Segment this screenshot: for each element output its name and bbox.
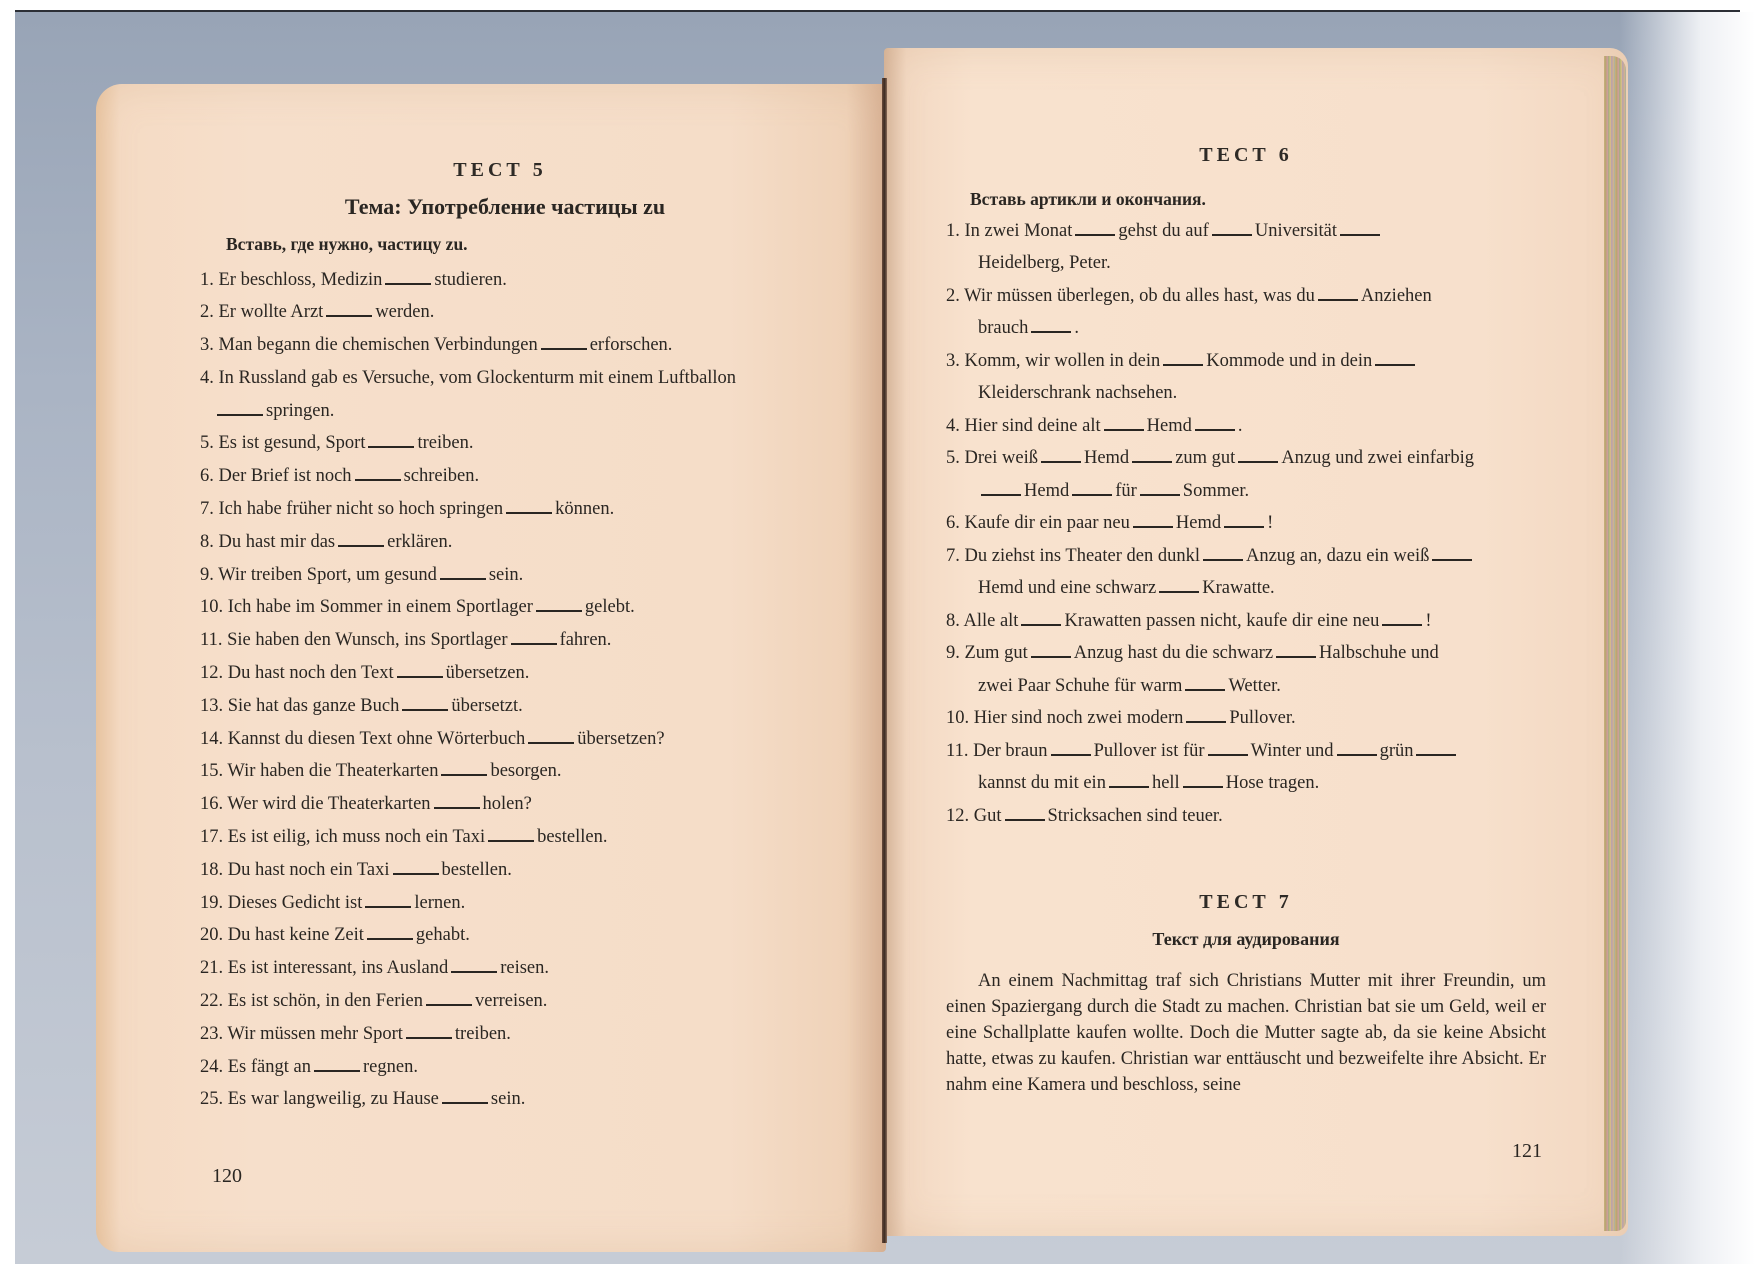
exercise-number: 1. [200,264,214,297]
exercise-continuation: zwei Paar Schuhe für warmWetter. [946,670,1546,703]
exercise-item: 5. Es ist gesund, Sporttreiben. [200,427,760,460]
exercise-item: 9. Zum gutAnzug hast du die schwarzHalbs… [946,637,1546,702]
answer-blank[interactable] [314,1056,360,1072]
exercise-item: 14. Kannst du diesen Text ohne Wörterbuc… [200,723,760,756]
text-segment: können. [555,499,614,519]
text-segment: . [1074,318,1079,338]
text-segment: Ich habe früher nicht so hoch springen [219,499,504,519]
text-segment: Es ist gesund, Sport [219,433,366,453]
page-number-left: 120 [212,1165,242,1188]
exercise-number: 12. [200,657,223,690]
answer-blank[interactable] [1051,740,1091,756]
answer-blank[interactable] [1031,317,1071,333]
exercise-number: 7. [200,493,214,526]
answer-blank[interactable] [442,1088,488,1104]
exercise-item: 2. Wir müssen überlegen, ob du alles has… [946,280,1546,345]
text-segment: Er beschloss, Medizin [219,270,383,290]
text-segment: Winter und [1251,741,1334,761]
test6-section: ТЕСТ 6 Вставь артикли и окончания. 1. In… [946,145,1546,832]
test5-instruction: Вставь, где нужно, частицу zu. [226,236,760,254]
text-segment: übersetzt. [451,696,522,716]
text-segment: holen? [483,794,532,814]
exercise-number: 14. [200,723,223,756]
text-segment: treiben. [455,1024,511,1044]
text-segment: Anzug an, dazu ein weiß [1246,546,1429,566]
text-segment: Ich habe im Sommer in einem Sportlager [228,597,533,617]
text-segment: Es ist interessant, ins Ausland [228,958,448,978]
exercise-item: 13. Sie hat das ganze Buchübersetzt. [200,690,760,723]
exercise-number: 10. [946,702,969,735]
page-edges [1604,56,1626,1231]
text-segment: Kaufe dir ein paar neu [965,513,1130,533]
exercise-item: 7. Du ziehst ins Theater den dunklAnzug … [946,540,1546,605]
text-segment: Wir müssen mehr Sport [227,1024,403,1044]
exercise-item: 16. Wer wird die Theaterkartenholen? [200,788,760,821]
text-segment: verreisen. [475,991,547,1011]
answer-blank[interactable] [1185,675,1225,691]
text-segment: Anziehen [1361,286,1432,306]
exercise-item: 2. Er wollte Arztwerden. [200,296,760,329]
text-segment: gehabt. [416,925,470,945]
text-segment: gelebt. [585,597,635,617]
exercise-number: 4. [200,362,214,395]
text-segment: Pullover. [1229,708,1295,728]
exercise-number: 7. [946,540,960,573]
exercise-number: 18. [200,854,223,887]
text-segment: Hemd [1024,481,1069,501]
text-segment: Hemd und eine schwarz [978,578,1156,598]
answer-blank[interactable] [488,826,534,842]
answer-blank[interactable] [393,859,439,875]
answer-blank[interactable] [1416,740,1456,756]
text-segment: Halbschuhe und [1319,643,1439,663]
exercise-continuation: Hemd und eine schwarzKrawatte. [946,572,1546,605]
exercise-number: 9. [946,637,960,670]
exercise-number: 11. [200,624,222,657]
text-segment: Drei weiß [965,448,1038,468]
exercise-item: 11. Sie haben den Wunsch, ins Sportlager… [200,624,760,657]
answer-blank[interactable] [1163,350,1203,366]
text-segment: Es war langweilig, zu Hause [228,1089,439,1109]
text-segment: Du hast noch den Text [228,663,394,683]
text-segment: Krawatten passen nicht, kaufe dir eine n… [1064,611,1379,631]
answer-blank[interactable] [367,924,413,940]
text-segment: Pullover ist für [1094,741,1205,761]
exercise-item: 20. Du hast keine Zeitgehabt. [200,919,760,952]
test5-title: ТЕСТ 5 [240,160,760,180]
exercise-number: 24. [200,1051,223,1084]
text-segment: reisen. [500,958,549,978]
text-segment: Alle alt [963,611,1018,631]
answer-blank[interactable] [441,760,487,776]
text-segment: studieren. [434,270,506,290]
exercise-item: 12. Du hast noch den Textübersetzen. [200,657,760,690]
answer-blank[interactable] [1208,740,1248,756]
exercise-item: 24. Es fängt anregnen. [200,1051,760,1084]
exercise-number: 4. [946,410,960,443]
text-segment: Du ziehst ins Theater den dunkl [965,546,1200,566]
answer-blank[interactable] [511,629,557,645]
text-segment: Stricksachen sind teuer. [1048,806,1223,826]
exercise-number: 19. [200,887,223,920]
exercise-number: 8. [946,605,960,638]
text-segment: erklären. [387,532,452,552]
text-segment: Universität [1255,221,1337,241]
text-segment: Hose tragen. [1226,773,1320,793]
answer-blank[interactable] [1005,805,1045,821]
text-segment: Zum gut [965,643,1028,663]
text-segment: Hier sind deine alt [965,416,1101,436]
text-segment: gehst du auf [1118,221,1208,241]
text-segment: fahren. [560,630,612,650]
exercise-number: 6. [946,507,960,540]
answer-blank[interactable] [434,793,480,809]
exercise-number: 5. [946,442,960,475]
text-segment: Anzug hast du die schwarz [1074,643,1273,663]
exercise-continuation: Kleiderschrank nachsehen. [946,377,1546,410]
exercise-number: 15. [200,755,223,788]
test6-instruction: Вставь артикли и окончания. [970,191,1546,209]
text-segment: übersetzen? [577,729,664,749]
answer-blank[interactable] [981,480,1021,496]
exercise-number: 3. [946,345,960,378]
scanner-background-light [1620,12,1755,1264]
text-segment: In Russland gab es Versuche, vom Glocken… [219,368,737,388]
page-number-right: 121 [1512,1140,1542,1163]
answer-blank[interactable] [355,465,401,481]
answer-blank[interactable] [368,432,414,448]
exercise-item: 5. Drei weißHemdzum gutAnzug und zwei ei… [946,442,1546,507]
exercise-item: 6. Kaufe dir ein paar neuHemd! [946,507,1546,540]
exercise-number: 6. [200,460,214,493]
answer-blank[interactable] [1375,350,1415,366]
text-segment: Wir haben die Theaterkarten [227,761,438,781]
answer-blank[interactable] [1224,512,1264,528]
exercise-number: 13. [200,690,223,723]
exercise-item: 8. Alle altKrawatten passen nicht, kaufe… [946,605,1546,638]
test7-title: ТЕСТ 7 [946,892,1546,912]
test5-theme: Тема: Употребление частицы zu [250,196,760,218]
text-segment: zwei Paar Schuhe für warm [978,676,1182,696]
exercise-item: 8. Du hast mir daserklären. [200,526,760,559]
exercise-number: 1. [946,215,960,248]
text-segment: zum gut [1175,448,1235,468]
answer-blank[interactable] [1132,447,1172,463]
text-segment: Komm, wir wollen in dein [965,351,1161,371]
exercise-number: 20. [200,919,223,952]
test7-paragraph: An einem Nachmittag traf sich Christians… [946,968,1546,1098]
exercise-number: 22. [200,985,223,1018]
exercise-number: 25. [200,1083,223,1116]
text-segment: schreiben. [404,466,480,486]
text-segment: hell [1152,773,1180,793]
exercise-item: 4. Hier sind deine altHemd. [946,410,1546,443]
text-segment: werden. [375,302,434,322]
answer-blank[interactable] [1432,545,1472,561]
text-segment: ! [1267,513,1273,533]
text-segment: Krawatte. [1202,578,1274,598]
answer-blank[interactable] [1075,220,1115,236]
exercise-number: 5. [200,427,214,460]
exercise-continuation: brauch. [946,312,1546,345]
exercise-item: 11. Der braunPullover ist fürWinter undg… [946,735,1546,800]
test7-subtitle: Текст для аудирования [946,930,1546,948]
answer-blank[interactable] [217,400,263,416]
text-segment: Es fängt an [228,1057,311,1077]
answer-blank[interactable] [1340,220,1380,236]
answer-blank[interactable] [541,334,587,350]
text-segment: Hemd [1176,513,1221,533]
book-spine [882,78,887,1243]
answer-blank[interactable] [1133,512,1173,528]
text-segment: Kommode und in dein [1206,351,1372,371]
text-segment: sein. [489,565,523,585]
exercise-item: 15. Wir haben die Theaterkartenbesorgen. [200,755,760,788]
exercise-number: 9. [200,559,214,592]
answer-blank[interactable] [1104,415,1144,431]
test6-exercise-list: 1. In zwei Monatgehst du aufUniversitätH… [946,215,1546,833]
answer-blank[interactable] [440,564,486,580]
text-segment: Anzug und zwei einfarbig [1281,448,1474,468]
answer-blank[interactable] [1318,285,1358,301]
answer-blank[interactable] [385,269,431,285]
answer-blank[interactable] [506,498,552,514]
text-segment: Sie hat das ganze Buch [228,696,400,716]
answer-blank[interactable] [1382,610,1422,626]
answer-blank[interactable] [451,957,497,973]
answer-blank[interactable] [426,990,472,1006]
text-segment: Wer wird die Theaterkarten [227,794,430,814]
exercise-number: 16. [200,788,223,821]
text-segment: kannst du mit ein [978,773,1106,793]
text-segment: lernen. [414,893,465,913]
exercise-number: 2. [946,280,960,313]
text-segment: treiben. [417,433,473,453]
exercise-item: 23. Wir müssen mehr Sporttreiben. [200,1018,760,1051]
exercise-number: 2. [200,296,214,329]
answer-blank[interactable] [1203,545,1243,561]
exercise-item: 18. Du hast noch ein Taxibestellen. [200,854,760,887]
text-segment: brauch [978,318,1028,338]
exercise-item: 12. GutStricksachen sind teuer. [946,800,1546,833]
text-segment: Dieses Gedicht ist [228,893,363,913]
exercise-item: 1. In zwei Monatgehst du aufUniversitätH… [946,215,1546,280]
text-segment: Man begann die chemischen Verbindungen [219,335,538,355]
exercise-number: 17. [200,821,223,854]
test6-title: ТЕСТ 6 [946,145,1546,165]
text-segment: bestellen. [537,827,607,847]
answer-blank[interactable] [1212,220,1252,236]
exercise-item: 10. Hier sind noch zwei modernPullover. [946,702,1546,735]
text-segment: Es ist schön, in den Ferien [228,991,423,1011]
answer-blank[interactable] [1195,415,1235,431]
exercise-item: 21. Es ist interessant, ins Auslandreise… [200,952,760,985]
exercise-number: 11. [946,735,968,768]
text-segment: Sommer. [1183,481,1249,501]
answer-blank[interactable] [528,728,574,744]
text-segment: Kleiderschrank nachsehen. [978,383,1177,403]
answer-blank[interactable] [406,1023,452,1039]
exercise-item: 4. In Russland gab es Versuche, vom Gloc… [200,362,760,395]
answer-blank[interactable] [1183,772,1223,788]
exercise-number: 10. [200,591,223,624]
text-segment: . [1238,416,1243,436]
answer-blank[interactable] [1186,707,1226,723]
exercise-item: 19. Dieses Gedicht istlernen. [200,887,760,920]
text-segment: Er wollte Arzt [219,302,324,322]
text-segment: übersetzen. [446,663,530,683]
text-segment: Wir müssen überlegen, ob du alles hast, … [964,286,1315,306]
text-segment: In zwei Monat [965,221,1073,241]
exercise-item: 17. Es ist eilig, ich muss noch ein Taxi… [200,821,760,854]
exercise-item: 25. Es war langweilig, zu Hausesein. [200,1083,760,1116]
exercise-item: 3. Man begann die chemischen Verbindunge… [200,329,760,362]
answer-blank[interactable] [1238,447,1278,463]
answer-blank[interactable] [397,662,443,678]
answer-blank[interactable] [536,596,582,612]
text-segment: sein. [491,1089,525,1109]
exercise-number: 8. [200,526,214,559]
text-segment: grün [1380,741,1414,761]
answer-blank[interactable] [1072,480,1112,496]
text-segment: regnen. [363,1057,418,1077]
exercise-item: 7. Ich habe früher nicht so hoch springe… [200,493,760,526]
text-segment: Kannst du diesen Text ohne Wörterbuch [228,729,526,749]
answer-blank[interactable] [1159,577,1199,593]
text-segment: Es ist eilig, ich muss noch ein Taxi [228,827,485,847]
exercise-item: 22. Es ist schön, in den Ferienverreisen… [200,985,760,1018]
text-segment: Du hast keine Zeit [228,925,364,945]
answer-blank[interactable] [326,301,372,317]
right-page-content: ТЕСТ 6 Вставь артикли и окончания. 1. In… [946,145,1546,1098]
exercise-item: 1. Er beschloss, Medizinstudieren. [200,264,760,297]
text-segment: springen. [266,401,334,421]
text-segment: Wir treiben Sport, um gesund [218,565,437,585]
answer-blank[interactable] [402,695,448,711]
text-segment: Heidelberg, Peter. [978,253,1111,273]
answer-blank[interactable] [1276,642,1316,658]
text-segment: ! [1425,611,1431,631]
exercise-item: 6. Der Brief ist nochschreiben. [200,460,760,493]
exercise-continuation: HemdfürSommer. [946,475,1546,508]
exercise-item: 10. Ich habe im Sommer in einem Sportlag… [200,591,760,624]
text-segment: Der braun [973,741,1047,761]
answer-blank[interactable] [365,892,411,908]
test5-exercise-list: 1. Er beschloss, Medizinstudieren.2. Er … [200,264,760,1117]
test7-section: ТЕСТ 7 Текст для аудирования An einem Na… [946,892,1546,1098]
answer-blank[interactable] [1031,642,1071,658]
answer-blank[interactable] [1109,772,1149,788]
text-segment: für [1115,481,1137,501]
exercise-item-continuation: springen. [200,395,760,428]
answer-blank[interactable] [1021,610,1061,626]
text-segment: Sie haben den Wunsch, ins Sportlager [227,630,507,650]
answer-blank[interactable] [338,531,384,547]
exercise-number: 12. [946,800,969,833]
exercise-continuation: Heidelberg, Peter. [946,247,1546,280]
exercise-number: 21. [200,952,223,985]
text-segment: besorgen. [490,761,561,781]
text-segment: Hemd [1084,448,1129,468]
text-segment: Wetter. [1228,676,1280,696]
answer-blank[interactable] [1140,480,1180,496]
exercise-number: 23. [200,1018,223,1051]
text-segment: Du hast mir das [219,532,336,552]
text-segment: Hemd [1147,416,1192,436]
exercise-item: 9. Wir treiben Sport, um gesundsein. [200,559,760,592]
exercise-item: 3. Komm, wir wollen in deinKommode und i… [946,345,1546,410]
text-segment: Hier sind noch zwei modern [974,708,1184,728]
answer-blank[interactable] [1337,740,1377,756]
exercise-number: 3. [200,329,214,362]
test5-section: ТЕСТ 5 Тема: Употребление частицы zu Вст… [200,160,760,1116]
text-segment: Gut [974,806,1002,826]
text-segment: bestellen. [442,860,512,880]
exercise-continuation: kannst du mit einhellHose tragen. [946,767,1546,800]
text-segment: Du hast noch ein Taxi [228,860,390,880]
text-segment: Der Brief ist noch [219,466,352,486]
answer-blank[interactable] [1041,447,1081,463]
text-segment: erforschen. [590,335,673,355]
